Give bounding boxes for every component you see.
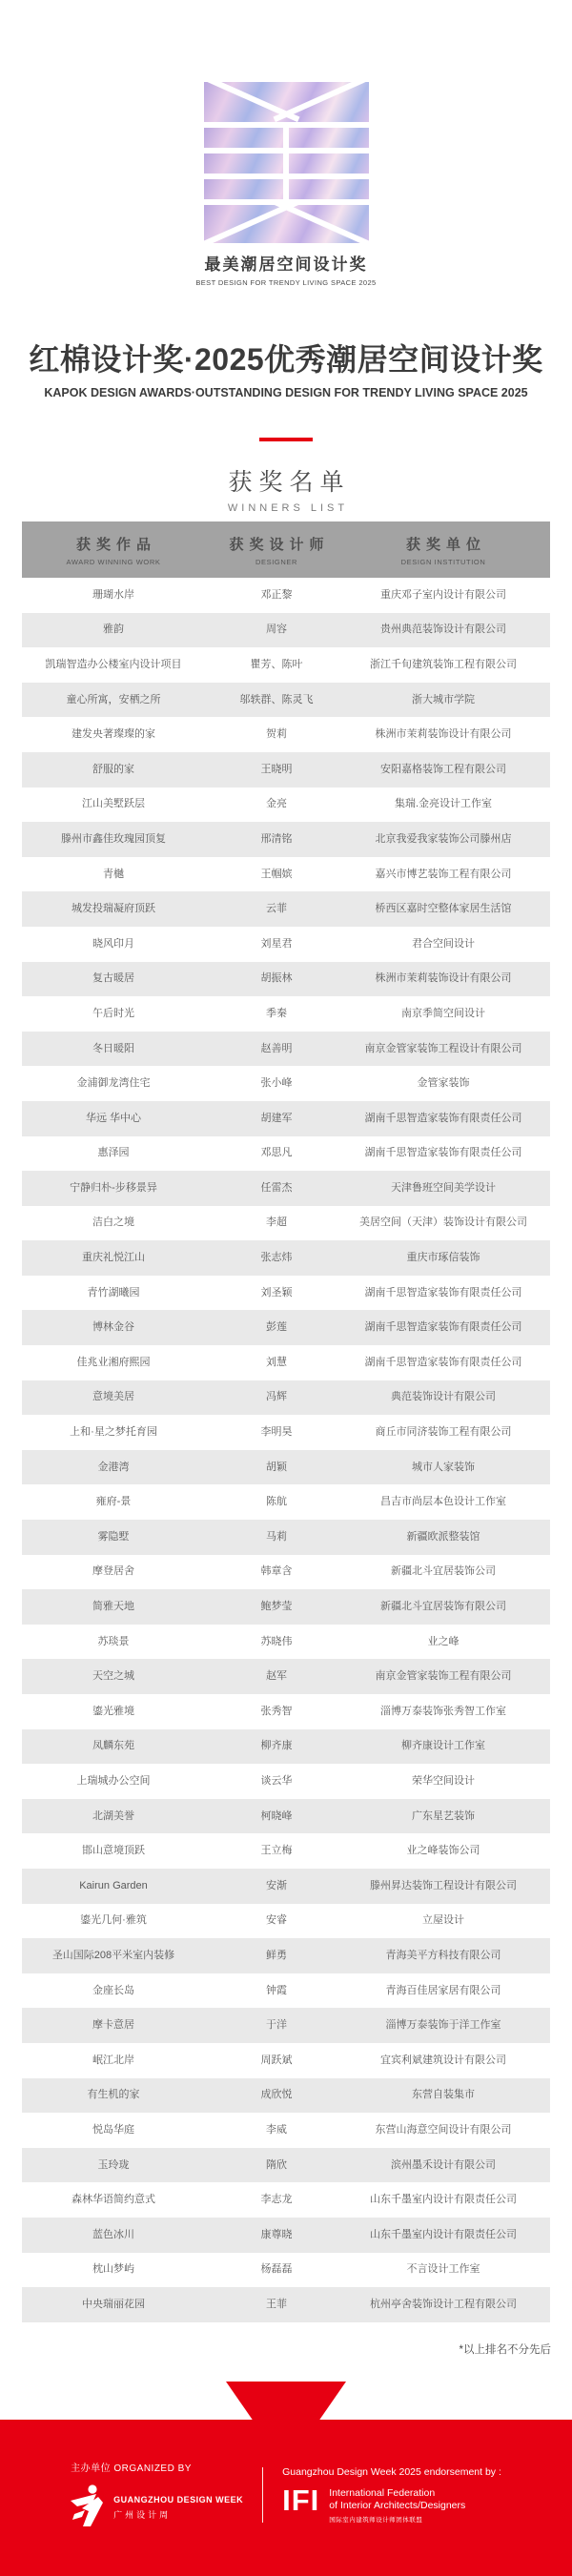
table-row: 童心所寓，安栖之所邬轶群、陈灵飞浙大城市学院 bbox=[22, 683, 550, 718]
designer-cell: 胡颖 bbox=[205, 1462, 348, 1474]
table-row: 城发投瑞凝府顶跃云菲桥西区嘉时空整体家居生活馆 bbox=[22, 891, 550, 927]
work-cell: 城发投瑞凝府顶跃 bbox=[22, 903, 205, 915]
designer-cell: 金亮 bbox=[205, 798, 348, 810]
logo-slit bbox=[273, 205, 368, 243]
table-row: 邯山意境顶跃王立梅业之峰装饰公司 bbox=[22, 1833, 550, 1869]
work-cell: 复古暖居 bbox=[22, 972, 205, 985]
designer-cell: 李志龙 bbox=[205, 2194, 348, 2206]
work-cell: 简雅天地 bbox=[22, 1601, 205, 1613]
institution-cell: 业之峰 bbox=[348, 1636, 539, 1648]
logo-band-mid bbox=[204, 179, 369, 199]
table-row: 午后时光季秦南京季简空间设计 bbox=[22, 996, 550, 1032]
work-cell: 青樾 bbox=[22, 869, 205, 881]
institution-cell: 淄博万泰装饰张秀智工作室 bbox=[348, 1706, 539, 1718]
gzdw-runner-icon bbox=[71, 2484, 105, 2531]
work-cell: 重庆礼悦江山 bbox=[22, 1252, 205, 1264]
designer-cell: 冯辉 bbox=[205, 1391, 348, 1403]
institution-cell: 城市人家装饰 bbox=[348, 1462, 539, 1474]
designer-cell: 马莉 bbox=[205, 1531, 348, 1544]
designer-cell: 王晓明 bbox=[205, 764, 348, 776]
designer-cell: 刘圣颖 bbox=[205, 1287, 348, 1299]
table-row: 冬日暖阳赵善明南京金管家装饰工程设计有限公司 bbox=[22, 1032, 550, 1067]
ifi-line1: International Federation bbox=[329, 2487, 465, 2500]
institution-cell: 浙大城市学院 bbox=[348, 694, 539, 706]
institution-cell: 新疆北斗宜居装饰有限公司 bbox=[348, 1601, 539, 1613]
institution-cell: 湖南千思智造家装饰有限责任公司 bbox=[348, 1357, 539, 1369]
table-row: 雍府-景陈航昌吉市尚层本色设计工作室 bbox=[22, 1484, 550, 1520]
work-cell: 青竹湖曦园 bbox=[22, 1287, 205, 1299]
designer-cell: 胡建军 bbox=[205, 1113, 348, 1125]
designer-cell: 李明昊 bbox=[205, 1426, 348, 1439]
designer-cell: 柳齐康 bbox=[205, 1740, 348, 1752]
table-row: 北湖美誉柯晓峰广东星艺装饰 bbox=[22, 1799, 550, 1834]
work-cell: 摩登居舍 bbox=[22, 1565, 205, 1578]
table-row: 洁白之境李超美居空间（天津）装饰设计有限公司 bbox=[22, 1206, 550, 1241]
award-logo bbox=[204, 82, 369, 243]
institution-cell: 重庆市琢信装饰 bbox=[348, 1252, 539, 1264]
institution-cell: 嘉兴市博艺装饰工程有限公司 bbox=[348, 869, 539, 881]
institution-cell: 安阳嘉格装饰工程有限公司 bbox=[348, 764, 539, 776]
work-cell: 童心所寓，安栖之所 bbox=[22, 694, 205, 706]
work-cell: 森林华语简约意式 bbox=[22, 2194, 205, 2206]
designer-cell: 隋欣 bbox=[205, 2159, 348, 2172]
table-row: 宁静归朴-步移景异任雷杰天津鲁班空间美学设计 bbox=[22, 1171, 550, 1206]
work-cell: 枕山梦屿 bbox=[22, 2263, 205, 2276]
designer-cell: 张小峰 bbox=[205, 1077, 348, 1090]
table-row: 有生机的家成欣悦东营自装集市 bbox=[22, 2078, 550, 2114]
work-cell: 摩卡意居 bbox=[22, 2019, 205, 2032]
table-row: 凤麟东苑柳齐康柳齐康设计工作室 bbox=[22, 1729, 550, 1765]
designer-cell: 王菲 bbox=[205, 2299, 348, 2311]
table-row: Kairun Garden安渐滕州昇达装饰工程设计有限公司 bbox=[22, 1869, 550, 1904]
work-cell: 鎏光几何·雅筑 bbox=[22, 1914, 205, 1927]
institution-cell: 南京金管家装饰工程设计有限公司 bbox=[348, 1043, 539, 1055]
institution-cell: 株洲市茉莉装饰设计有限公司 bbox=[348, 972, 539, 985]
table-row: 悦岛华庭李威东营山海意空间设计有限公司 bbox=[22, 2113, 550, 2148]
table-row: 金港湾胡颖城市人家装饰 bbox=[22, 1450, 550, 1485]
logo-wordmark-cn: 最美潮居空间设计奖 bbox=[195, 251, 377, 275]
institution-cell: 东营山海意空间设计有限公司 bbox=[348, 2124, 539, 2136]
designer-cell: 谈云华 bbox=[205, 1775, 348, 1788]
work-cell: 珊瑚水岸 bbox=[22, 589, 205, 602]
logo-band-top bbox=[204, 82, 369, 122]
designer-cell: 任雷杰 bbox=[205, 1182, 348, 1195]
work-cell: 晓风印月 bbox=[22, 938, 205, 951]
designer-cell: 鲜勇 bbox=[205, 1950, 348, 1962]
institution-cell: 贵州典范装饰设计有限公司 bbox=[348, 624, 539, 636]
work-cell: 意境美居 bbox=[22, 1391, 205, 1403]
institution-cell: 金管家装饰 bbox=[348, 1077, 539, 1090]
institution-cell: 山东千墨室内设计有限责任公司 bbox=[348, 2229, 539, 2241]
table-row: 晓风印月刘星君君合空间设计 bbox=[22, 927, 550, 962]
work-cell: 华远 华中心 bbox=[22, 1113, 205, 1125]
section-heading-cn: 获奖名单 bbox=[0, 467, 572, 499]
work-cell: 博林金谷 bbox=[22, 1321, 205, 1334]
institution-cell: 株洲市茉莉装饰设计有限公司 bbox=[348, 728, 539, 741]
institution-cell: 柳齐康设计工作室 bbox=[348, 1740, 539, 1752]
table-row: 摩卡意居于洋淄博万泰装饰于洋工作室 bbox=[22, 2008, 550, 2043]
work-cell: 玉玲珑 bbox=[22, 2159, 205, 2172]
work-cell: 雍府-景 bbox=[22, 1496, 205, 1508]
page-subtitle: KAPOK DESIGN AWARDS·OUTSTANDING DESIGN F… bbox=[0, 386, 572, 399]
table-row: 岷江北岸周跃斌宜宾利斌建筑设计有限公司 bbox=[22, 2043, 550, 2078]
work-cell: 舒服的家 bbox=[22, 764, 205, 776]
logo-slit bbox=[273, 82, 368, 122]
table-row: 苏琰景苏晓伟业之峰 bbox=[22, 1625, 550, 1660]
institution-cell: 南京金管家装饰工程有限公司 bbox=[348, 1670, 539, 1683]
institution-cell: 滕州昇达装饰工程设计有限公司 bbox=[348, 1880, 539, 1892]
work-cell: 悦岛华庭 bbox=[22, 2124, 205, 2136]
gzdw-text: GUANGZHOU DESIGN WEEK 广州设计周 bbox=[113, 2495, 243, 2521]
designer-cell: 张志炜 bbox=[205, 1252, 348, 1264]
institution-cell: 北京我爱我家装饰公司滕州店 bbox=[348, 833, 539, 846]
gzdw-name-cn: 广州设计周 bbox=[113, 2508, 243, 2521]
organized-by-label: 主办单位 ORGANIZED BY bbox=[71, 2460, 243, 2474]
red-divider bbox=[259, 438, 313, 441]
column-header-designer: 获奖设计师 DESIGNER bbox=[205, 534, 348, 566]
designer-cell: 于洋 bbox=[205, 2019, 348, 2032]
ifi-logo: IFI International Federation of Interior… bbox=[282, 2486, 501, 2524]
column-header-work: 获奖作品 AWARD WINNING WORK bbox=[22, 534, 205, 566]
institution-cell: 青海美平方科技有限公司 bbox=[348, 1950, 539, 1962]
institution-cell: 淄博万泰装饰于洋工作室 bbox=[348, 2019, 539, 2032]
designer-cell: 王立梅 bbox=[205, 1845, 348, 1857]
work-cell: 宁静归朴-步移景异 bbox=[22, 1182, 205, 1195]
ranking-note: *以上排名不分先后 bbox=[0, 2341, 551, 2357]
work-cell: 上瑞城办公空间 bbox=[22, 1775, 205, 1788]
work-cell: 蓝色冰川 bbox=[22, 2229, 205, 2241]
work-cell: 天空之城 bbox=[22, 1670, 205, 1683]
work-cell: 冬日暖阳 bbox=[22, 1043, 205, 1055]
work-cell: 滕州市鑫佳玫瑰园顶复 bbox=[22, 833, 205, 846]
table-row: 建发央著璨璨的家贺莉株洲市茉莉装饰设计有限公司 bbox=[22, 717, 550, 752]
designer-cell: 刘星君 bbox=[205, 938, 348, 951]
designer-cell: 周跃斌 bbox=[205, 2055, 348, 2067]
table-row: 简雅天地鲍梦莹新疆北斗宜居装饰有限公司 bbox=[22, 1589, 550, 1625]
designer-cell: 邓思凡 bbox=[205, 1147, 348, 1159]
table-row: 滕州市鑫佳玫瑰园顶复邢清铭北京我爱我家装饰公司滕州店 bbox=[22, 822, 550, 857]
table-row: 惠泽园邓思凡湖南千思智造家装饰有限责任公司 bbox=[22, 1136, 550, 1172]
table-row: 枕山梦屿杨磊磊不言设计工作室 bbox=[22, 2253, 550, 2288]
table-header: 获奖作品 AWARD WINNING WORK 获奖设计师 DESIGNER 获… bbox=[22, 521, 550, 578]
endorsement-block: Guangzhou Design Week 2025 endorsement b… bbox=[282, 2466, 501, 2524]
institution-cell: 集瑞.金亮设计工作室 bbox=[348, 798, 539, 810]
logo-wordmark-en: BEST DESIGN FOR TRENDY LIVING SPACE 2025 bbox=[195, 278, 377, 287]
logo-slit bbox=[204, 205, 299, 243]
work-cell: 中央瑞丽花园 bbox=[22, 2299, 205, 2311]
work-cell: 邯山意境顶跃 bbox=[22, 1845, 205, 1857]
table-row: 舒服的家王晓明安阳嘉格装饰工程有限公司 bbox=[22, 752, 550, 787]
ifi-line2: of Interior Architects/Designers bbox=[329, 2500, 465, 2512]
designer-cell: 贺莉 bbox=[205, 728, 348, 741]
work-cell: 上和·星之梦托育园 bbox=[22, 1426, 205, 1439]
table-row: 森林华语简约意式李志龙山东千墨室内设计有限责任公司 bbox=[22, 2182, 550, 2218]
table-row: 玉玲珑隋欣滨州墨禾设计有限公司 bbox=[22, 2148, 550, 2183]
footer-divider bbox=[262, 2467, 263, 2523]
institution-cell: 荣华空间设计 bbox=[348, 1775, 539, 1788]
work-cell: 凤麟东苑 bbox=[22, 1740, 205, 1752]
work-cell: 鎏光雅境 bbox=[22, 1706, 205, 1718]
institution-cell: 新疆欧派整装馆 bbox=[348, 1531, 539, 1544]
work-cell: 金浦御龙湾住宅 bbox=[22, 1077, 205, 1090]
work-cell: 凯瑞智造办公楼室内设计项目 bbox=[22, 659, 205, 671]
institution-cell: 典范装饰设计有限公司 bbox=[348, 1391, 539, 1403]
section-heading-en: WINNERS LIST bbox=[0, 502, 572, 514]
table-body: 珊瑚水岸邓正黎重庆邓子室内设计有限公司雅韵周容贵州典范装饰设计有限公司凯瑞智造办… bbox=[22, 578, 550, 2322]
designer-cell: 周容 bbox=[205, 624, 348, 636]
institution-cell: 天津鲁班空间美学设计 bbox=[348, 1182, 539, 1195]
designer-cell: 钟霞 bbox=[205, 1985, 348, 1997]
table-row: 博林金谷彭莲湖南千思智造家装饰有限责任公司 bbox=[22, 1310, 550, 1345]
table-row: 复古暖居胡振林株洲市茉莉装饰设计有限公司 bbox=[22, 962, 550, 997]
table-row: 中央瑞丽花园王菲杭州亭舍装饰设计工程有限公司 bbox=[22, 2287, 550, 2322]
work-cell: 建发央著璨璨的家 bbox=[22, 728, 205, 741]
institution-cell: 不言设计工作室 bbox=[348, 2263, 539, 2276]
table-row: 天空之城赵军南京金管家装饰工程有限公司 bbox=[22, 1659, 550, 1694]
designer-cell: 杨磊磊 bbox=[205, 2263, 348, 2276]
designer-cell: 邢清铭 bbox=[205, 833, 348, 846]
institution-cell: 杭州亭舍装饰设计工程有限公司 bbox=[348, 2299, 539, 2311]
institution-cell: 东营自装集市 bbox=[348, 2089, 539, 2101]
designer-cell: 成欣悦 bbox=[205, 2089, 348, 2101]
designer-cell: 张秀智 bbox=[205, 1706, 348, 1718]
page-title: 红棉设计奖·2025优秀潮居空间设计奖 bbox=[0, 341, 572, 378]
work-cell: 洁白之境 bbox=[22, 1216, 205, 1229]
work-cell: Kairun Garden bbox=[22, 1880, 205, 1892]
institution-cell: 宜宾利斌建筑设计有限公司 bbox=[348, 2055, 539, 2067]
designer-cell: 瞿芳、陈叶 bbox=[205, 659, 348, 671]
institution-cell: 浙江千旬建筑装饰工程有限公司 bbox=[348, 659, 539, 671]
logo-band-bottom bbox=[204, 205, 369, 243]
column-header-institution: 获奖单位 DESIGN INSTITUTION bbox=[348, 534, 539, 566]
designer-cell: 邬轶群、陈灵飞 bbox=[205, 694, 348, 706]
table-row: 上和·星之梦托育园李明昊商丘市同济装饰工程有限公司 bbox=[22, 1415, 550, 1450]
designer-cell: 苏晓伟 bbox=[205, 1636, 348, 1648]
work-cell: 江山美墅跃层 bbox=[22, 798, 205, 810]
ifi-name-cn: 国际室内建筑师设计师团体联盟 bbox=[329, 2515, 465, 2524]
institution-cell: 滨州墨禾设计有限公司 bbox=[348, 2159, 539, 2172]
institution-cell: 湖南千思智造家装饰有限责任公司 bbox=[348, 1287, 539, 1299]
footer: 主办单位 ORGANIZED BY GUANGZHOU DESIGN WEEK … bbox=[0, 2382, 572, 2576]
gzdw-name-en: GUANGZHOU DESIGN WEEK bbox=[113, 2495, 243, 2504]
designer-cell: 李威 bbox=[205, 2124, 348, 2136]
designer-cell: 赵军 bbox=[205, 1670, 348, 1683]
designer-cell: 韩章含 bbox=[205, 1565, 348, 1578]
table-row: 青樾王帼嫔嘉兴市博艺装饰工程有限公司 bbox=[22, 857, 550, 892]
institution-cell: 业之峰装饰公司 bbox=[348, 1845, 539, 1857]
work-cell: 金港湾 bbox=[22, 1462, 205, 1474]
gzdw-logo: GUANGZHOU DESIGN WEEK 广州设计周 bbox=[71, 2484, 243, 2531]
work-cell: 苏琰景 bbox=[22, 1636, 205, 1648]
designer-cell: 邓正黎 bbox=[205, 589, 348, 602]
table-row: 珊瑚水岸邓正黎重庆邓子室内设计有限公司 bbox=[22, 578, 550, 613]
work-cell: 金座长岛 bbox=[22, 1985, 205, 1997]
designer-cell: 云菲 bbox=[205, 903, 348, 915]
table-row: 重庆礼悦江山张志炜重庆市琢信装饰 bbox=[22, 1240, 550, 1276]
designer-cell: 安渐 bbox=[205, 1880, 348, 1892]
table-row: 凯瑞智造办公楼室内设计项目瞿芳、陈叶浙江千旬建筑装饰工程有限公司 bbox=[22, 647, 550, 683]
designer-cell: 季秦 bbox=[205, 1008, 348, 1020]
table-row: 金座长岛钟霞青海百佳居家居有限公司 bbox=[22, 1973, 550, 2009]
work-cell: 北湖美誉 bbox=[22, 1810, 205, 1823]
work-cell: 圣山国际208平米室内装修 bbox=[22, 1950, 205, 1962]
designer-cell: 李超 bbox=[205, 1216, 348, 1229]
designer-cell: 彭莲 bbox=[205, 1321, 348, 1334]
work-cell: 雾隐墅 bbox=[22, 1531, 205, 1544]
work-cell: 岷江北岸 bbox=[22, 2055, 205, 2067]
designer-cell: 赵善明 bbox=[205, 1043, 348, 1055]
work-cell: 惠泽园 bbox=[22, 1147, 205, 1159]
designer-cell: 陈航 bbox=[205, 1496, 348, 1508]
institution-cell: 立屋设计 bbox=[348, 1914, 539, 1927]
table-row: 蓝色冰川康尊晓山东千墨室内设计有限责任公司 bbox=[22, 2218, 550, 2253]
institution-cell: 君合空间设计 bbox=[348, 938, 539, 951]
institution-cell: 美居空间（天津）装饰设计有限公司 bbox=[348, 1216, 539, 1229]
institution-cell: 湖南千思智造家装饰有限责任公司 bbox=[348, 1147, 539, 1159]
designer-cell: 安睿 bbox=[205, 1914, 348, 1927]
logo-band-mid bbox=[204, 128, 369, 148]
ifi-abbr: IFI bbox=[282, 2486, 319, 2515]
table-row: 雾隐墅马莉新疆欧派整装馆 bbox=[22, 1520, 550, 1555]
work-cell: 午后时光 bbox=[22, 1008, 205, 1020]
institution-cell: 广东星艺装饰 bbox=[348, 1810, 539, 1823]
ifi-text: International Federation of Interior Arc… bbox=[329, 2486, 465, 2524]
designer-cell: 柯晓峰 bbox=[205, 1810, 348, 1823]
winners-table: 获奖作品 AWARD WINNING WORK 获奖设计师 DESIGNER 获… bbox=[22, 521, 550, 2322]
institution-cell: 重庆邓子室内设计有限公司 bbox=[348, 589, 539, 602]
table-row: 雅韵周容贵州典范装饰设计有限公司 bbox=[22, 613, 550, 648]
table-row: 圣山国际208平米室内装修鲜勇青海美平方科技有限公司 bbox=[22, 1938, 550, 1973]
endorsement-label: Guangzhou Design Week 2025 endorsement b… bbox=[282, 2466, 501, 2478]
institution-cell: 桥西区嘉时空整体家居生活馆 bbox=[348, 903, 539, 915]
institution-cell: 昌吉市尚层本色设计工作室 bbox=[348, 1496, 539, 1508]
poster-page: 最美潮居空间设计奖 BEST DESIGN FOR TRENDY LIVING … bbox=[0, 0, 572, 2576]
table-row: 青竹湖曦园刘圣颖湖南千思智造家装饰有限责任公司 bbox=[22, 1276, 550, 1311]
table-row: 华远 华中心胡建军湖南千思智造家装饰有限责任公司 bbox=[22, 1101, 550, 1136]
institution-cell: 湖南千思智造家装饰有限责任公司 bbox=[348, 1321, 539, 1334]
institution-cell: 商丘市同济装饰工程有限公司 bbox=[348, 1426, 539, 1439]
table-row: 佳兆业湘府熙园刘慧湖南千思智造家装饰有限责任公司 bbox=[22, 1345, 550, 1380]
designer-cell: 胡振林 bbox=[205, 972, 348, 985]
table-row: 金浦御龙湾住宅张小峰金管家装饰 bbox=[22, 1066, 550, 1101]
designer-cell: 康尊晓 bbox=[205, 2229, 348, 2241]
table-row: 鎏光雅境张秀智淄博万泰装饰张秀智工作室 bbox=[22, 1694, 550, 1729]
table-row: 摩登居舍韩章含新疆北斗宜居装饰公司 bbox=[22, 1555, 550, 1590]
organizer-block: 主办单位 ORGANIZED BY GUANGZHOU DESIGN WEEK … bbox=[71, 2460, 243, 2531]
table-row: 江山美墅跃层金亮集瑞.金亮设计工作室 bbox=[22, 787, 550, 823]
work-cell: 有生机的家 bbox=[22, 2089, 205, 2101]
table-row: 鎏光几何·雅筑安睿立屋设计 bbox=[22, 1904, 550, 1939]
designer-cell: 王帼嫔 bbox=[205, 869, 348, 881]
footer-bar: 主办单位 ORGANIZED BY GUANGZHOU DESIGN WEEK … bbox=[0, 2420, 572, 2576]
work-cell: 雅韵 bbox=[22, 624, 205, 636]
institution-cell: 南京季简空间设计 bbox=[348, 1008, 539, 1020]
designer-cell: 刘慧 bbox=[205, 1357, 348, 1369]
institution-cell: 山东千墨室内设计有限责任公司 bbox=[348, 2194, 539, 2206]
institution-cell: 青海百佳居家居有限公司 bbox=[348, 1985, 539, 1997]
work-cell: 佳兆业湘府熙园 bbox=[22, 1357, 205, 1369]
institution-cell: 湖南千思智造家装饰有限责任公司 bbox=[348, 1113, 539, 1125]
logo-band-mid bbox=[204, 153, 369, 174]
table-row: 上瑞城办公空间谈云华荣华空间设计 bbox=[22, 1764, 550, 1799]
institution-cell: 新疆北斗宜居装饰公司 bbox=[348, 1565, 539, 1578]
red-ribbon-shape bbox=[226, 2382, 346, 2420]
table-row: 意境美居冯辉典范装饰设计有限公司 bbox=[22, 1380, 550, 1416]
designer-cell: 鲍梦莹 bbox=[205, 1601, 348, 1613]
